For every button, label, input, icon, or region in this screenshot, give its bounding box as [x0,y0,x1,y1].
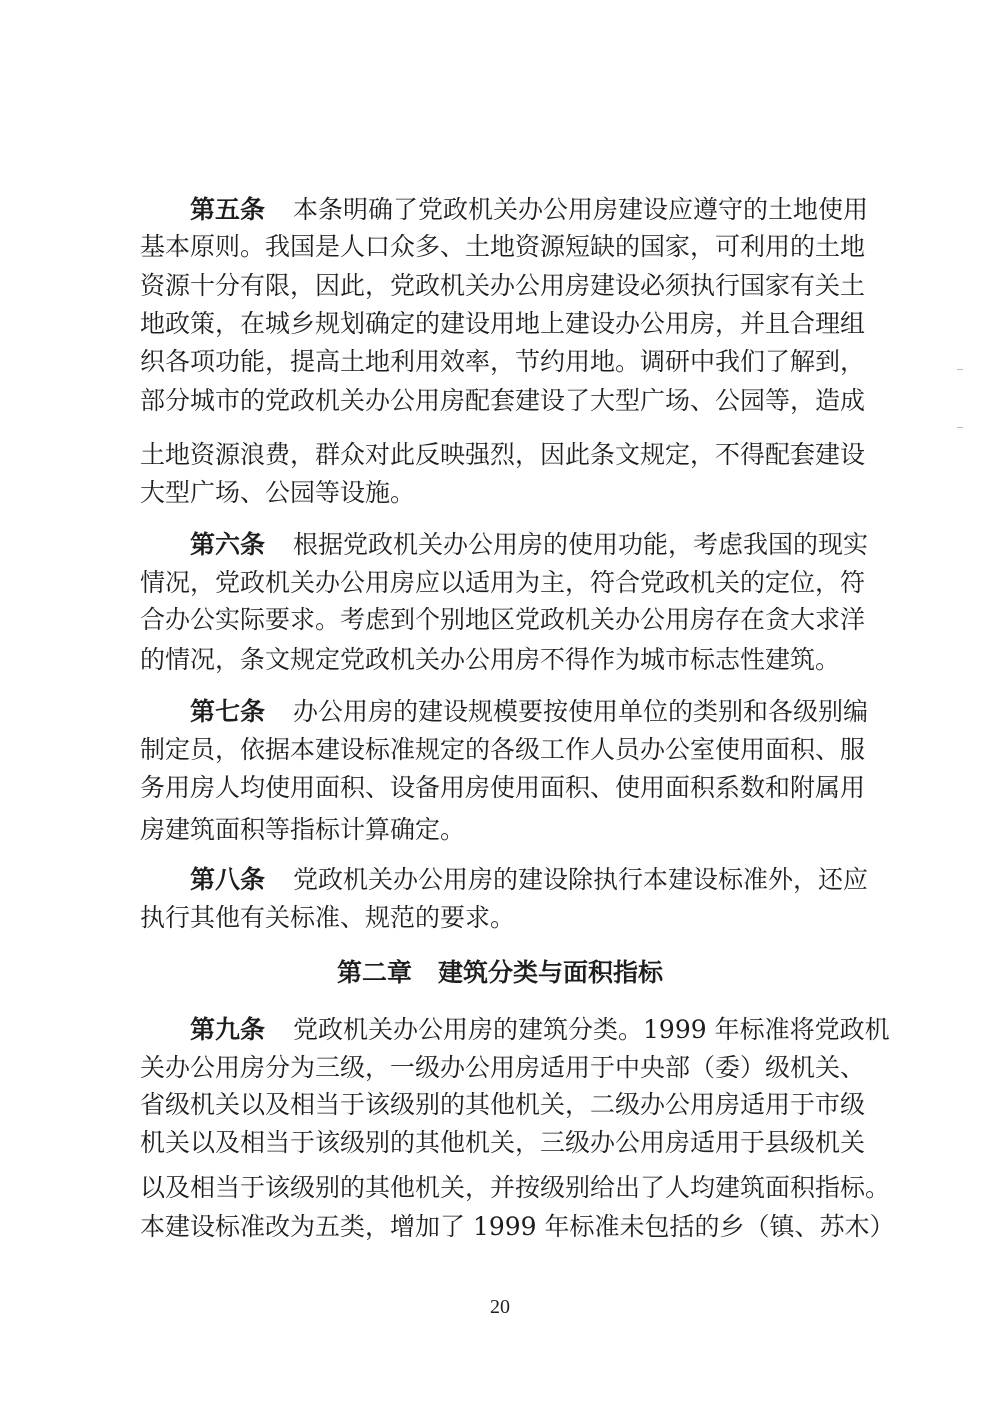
document-page: 第五条本条明确了党政机关办公用房建设应遵守的土地使用 基本原则。我国是人口众多、… [0,0,1000,1413]
article-7-line-2: 制定员，依据本建设标准规定的各级工作人员办公室使用面积、服 [140,732,862,768]
article-5-line-1: 第五条本条明确了党政机关办公用房建设应遵守的土地使用 [190,192,862,228]
article-6-line-4: 的情况，条文规定党政机关办公用房不得作为城市标志性建筑。 [140,642,862,678]
chapter-number: 第二章 [337,958,412,987]
article-5-line-6: 部分城市的党政机关办公用房配套建设了大型广场、公园等，造成 [140,383,862,419]
article-5-line-3: 资源十分有限，因此，党政机关办公用房建设必须执行国家有关土 [140,268,862,304]
article-7-line-1: 第七条办公用房的建设规模要按使用单位的类别和各级别编 [190,694,862,730]
article-5-line-5: 织各项功能，提高土地利用效率，节约用地。调研中我们了解到， [140,344,862,380]
article-5-text: 本条明确了党政机关办公用房建设应遵守的土地使用 [293,195,868,224]
article-9-line-2: 关办公用房分为三级，一级办公用房适用于中央部（委）级机关、 [140,1050,862,1086]
article-8-text: 党政机关办公用房的建设除执行本建设标准外，还应 [293,865,868,894]
article-8-label: 第八条 [190,865,265,894]
article-9-line-5: 以及相当于该级别的其他机关，并按级别给出了人均建筑面积指标。 [140,1170,862,1206]
article-6-label: 第六条 [190,530,265,559]
article-5-line-2: 基本原则。我国是人口众多、土地资源短缺的国家，可利用的土地 [140,229,862,265]
article-7-text: 办公用房的建设规模要按使用单位的类别和各级别编 [293,697,868,726]
article-5-line-7: 土地资源浪费，群众对此反映强烈，因此条文规定，不得配套建设 [140,437,862,473]
article-9-line-3: 省级机关以及相当于该级别的其他机关，二级办公用房适用于市级 [140,1087,862,1123]
article-8-line-1: 第八条党政机关办公用房的建设除执行本建设标准外，还应 [190,862,862,898]
chapter-heading: 第二章建筑分类与面积指标 [0,954,1000,992]
scan-mark [957,427,963,428]
article-5-line-4: 地政策，在城乡规划确定的建设用地上建设办公用房，并且合理组 [140,306,862,342]
article-5-line-8: 大型广场、公园等设施。 [140,475,862,511]
article-6-line-2: 情况，党政机关办公用房应以适用为主，符合党政机关的定位，符 [140,565,862,601]
article-9-line-6: 本建设标准改为五类，增加了 1999 年标准未包括的乡（镇、苏木） [140,1209,862,1245]
chapter-title: 建筑分类与面积指标 [438,958,663,987]
article-6-line-1: 第六条根据党政机关办公用房的使用功能，考虑我国的现实 [190,527,862,563]
article-8-line-2: 执行其他有关标准、规范的要求。 [140,900,862,936]
article-7-line-4: 房建筑面积等指标计算确定。 [140,812,862,848]
scan-mark [957,369,963,370]
article-5-label: 第五条 [190,195,265,224]
article-9-line-4: 机关以及相当于该级别的其他机关，三级办公用房适用于县级机关 [140,1125,862,1161]
page-number: 20 [0,1296,1000,1319]
article-9-label: 第九条 [190,1015,265,1044]
article-9-text: 党政机关办公用房的建筑分类。1999 年标准将党政机 [293,1015,890,1044]
article-7-label: 第七条 [190,697,265,726]
article-6-line-3: 合办公实际要求。考虑到个别地区党政机关办公用房存在贪大求洋 [140,602,862,638]
article-7-line-3: 务用房人均使用面积、设备用房使用面积、使用面积系数和附属用 [140,770,862,806]
article-9-line-1: 第九条党政机关办公用房的建筑分类。1999 年标准将党政机 [190,1012,862,1048]
article-6-text: 根据党政机关办公用房的使用功能，考虑我国的现实 [293,530,868,559]
